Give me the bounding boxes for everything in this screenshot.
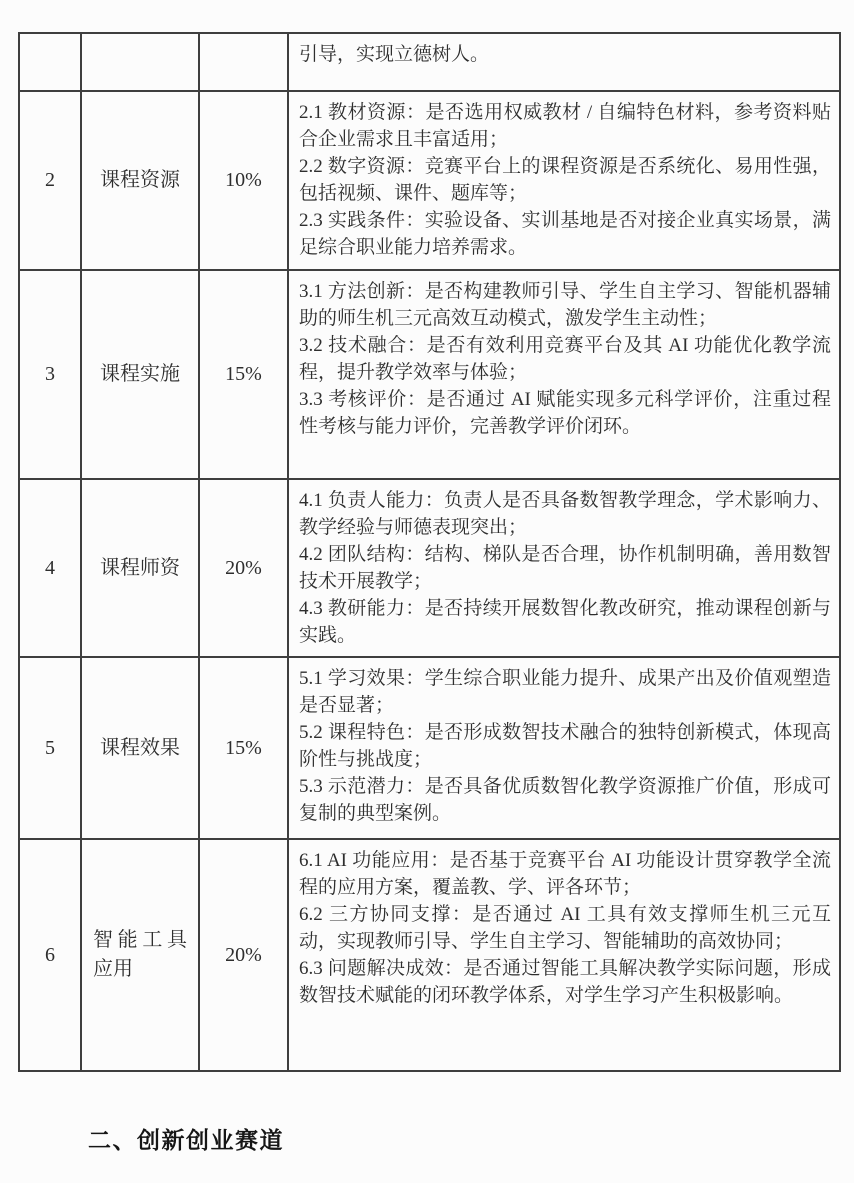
section-heading: 二、创新创业赛道 [88,1122,284,1155]
criteria-detail-cell: 6.1 AI 功能应用：是否基于竞赛平台 AI 功能设计贯穿教学全流程的应用方案… [288,839,840,1071]
table-row: 2 课程资源 10% 2.1 教材资源：是否选用权威教材 / 自编特色材料，参考… [19,91,840,270]
criteria-item: 6.3 问题解决成效：是否通过智能工具解决教学实际问题，形成数智技术赋能的闭环教… [299,955,831,1009]
table-row: 3 课程实施 15% 3.1 方法创新：是否构建教师引导、学生自主学习、智能机器… [19,270,840,479]
criteria-item: 3.1 方法创新：是否构建教师引导、学生自主学习、智能机器辅助的师生机三元高效互… [299,278,831,332]
criteria-item: 引导，实现立德树人。 [299,41,831,68]
table-row: 4 课程师资 20% 4.1 负责人能力：负责人是否具备数智教学理念，学术影响力… [19,479,840,657]
criteria-detail-cell: 3.1 方法创新：是否构建教师引导、学生自主学习、智能机器辅助的师生机三元高效互… [288,270,840,479]
row-number-cell: 6 [19,839,81,1071]
weight-percent-cell: 10% [199,91,288,270]
row-number-cell: 4 [19,479,81,657]
weight-percent-cell: 15% [199,657,288,839]
criterion-name-cell: 课程效果 [81,657,199,839]
criteria-item: 4.3 教研能力：是否持续开展数智化教改研究，推动课程创新与实践。 [299,595,831,649]
criteria-item: 2.2 数字资源：竞赛平台上的课程资源是否系统化、易用性强，包括视频、课件、题库… [299,153,831,207]
criteria-item: 5.1 学习效果：学生综合职业能力提升、成果产出及价值观塑造是否显著； [299,665,831,719]
criteria-item: 5.2 课程特色：是否形成数智技术融合的独特创新模式，体现高阶性与挑战度； [299,719,831,773]
table-row: 5 课程效果 15% 5.1 学习效果：学生综合职业能力提升、成果产出及价值观塑… [19,657,840,839]
criteria-detail-cell: 引导，实现立德树人。 [288,33,840,91]
row-number-cell [19,33,81,91]
table-row: 6 智能工具应用 20% 6.1 AI 功能应用：是否基于竞赛平台 AI 功能设… [19,839,840,1071]
criteria-item: 6.1 AI 功能应用：是否基于竞赛平台 AI 功能设计贯穿教学全流程的应用方案… [299,847,831,901]
criteria-item: 4.1 负责人能力：负责人是否具备数智教学理念，学术影响力、教学经验与师德表现突… [299,487,831,541]
criteria-detail-cell: 5.1 学习效果：学生综合职业能力提升、成果产出及价值观塑造是否显著； 5.2 … [288,657,840,839]
criterion-name-cell: 课程师资 [81,479,199,657]
evaluation-criteria-table: 引导，实现立德树人。 2 课程资源 10% 2.1 教材资源：是否选用权威教材 … [18,32,841,1072]
criterion-name-cell: 课程实施 [81,270,199,479]
weight-percent-cell: 20% [199,479,288,657]
weight-percent-cell: 15% [199,270,288,479]
criteria-item: 2.1 教材资源：是否选用权威教材 / 自编特色材料，参考资料贴合企业需求且丰富… [299,99,831,153]
criteria-item: 4.2 团队结构：结构、梯队是否合理，协作机制明确，善用数智技术开展教学； [299,541,831,595]
criterion-name-cell: 智能工具应用 [81,839,199,1071]
criteria-item: 3.3 考核评价：是否通过 AI 赋能实现多元科学评价，注重过程性考核与能力评价… [299,386,831,440]
weight-percent-cell: 20% [199,839,288,1071]
criteria-item: 6.2 三方协同支撑：是否通过 AI 工具有效支撑师生机三元互动，实现教师引导、… [299,901,831,955]
criteria-detail-cell: 4.1 负责人能力：负责人是否具备数智教学理念，学术影响力、教学经验与师德表现突… [288,479,840,657]
criteria-item: 3.2 技术融合：是否有效利用竞赛平台及其 AI 功能优化教学流程，提升教学效率… [299,332,831,386]
criteria-detail-cell: 2.1 教材资源：是否选用权威教材 / 自编特色材料，参考资料贴合企业需求且丰富… [288,91,840,270]
criterion-name-cell [81,33,199,91]
row-number-cell: 3 [19,270,81,479]
row-number-cell: 5 [19,657,81,839]
table-row-continuation: 引导，实现立德树人。 [19,33,840,91]
weight-percent-cell [199,33,288,91]
row-number-cell: 2 [19,91,81,270]
criteria-item: 5.3 示范潜力：是否具备优质数智化教学资源推广价值，形成可复制的典型案例。 [299,773,831,827]
criterion-name-cell: 课程资源 [81,91,199,270]
criteria-item: 2.3 实践条件：实验设备、实训基地是否对接企业真实场景，满足综合职业能力培养需… [299,207,831,261]
